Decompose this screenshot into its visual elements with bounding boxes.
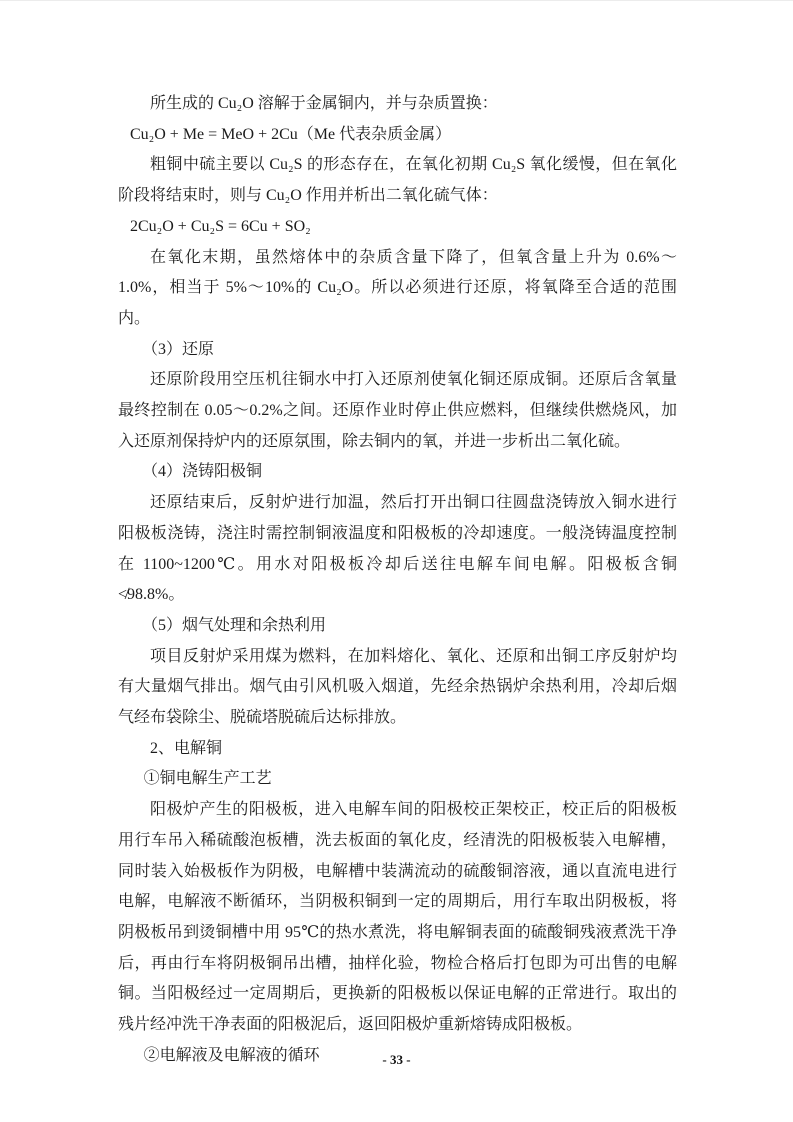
heading-reduction: （3）还原 [118,335,677,366]
paragraph-anode-casting: 还原结束后，反射炉进行加温，然后打开出铜口往圆盘浇铸放入铜水进行阳极板浇铸，浇注… [118,488,677,611]
page-footer: - 33 - [0,1051,793,1069]
formula-2cu2o-cu2s-reaction: 2Cu₂O + Cu₂S = 6Cu + SO₂ [118,212,677,243]
formula-cu2o-me-reaction: Cu₂O + Me = MeO + 2Cu（Me 代表杂质金属） [118,120,677,151]
heading-flue-gas-treatment: （5）烟气处理和余热利用 [118,611,677,642]
heading-anode-casting: （4）浇铸阳极铜 [118,457,677,488]
paragraph-reduction-process: 还原阶段用空压机往铜水中打入还原剂使氧化铜还原成铜。还原后含氧量最终控制在 0.… [118,365,677,457]
paragraph-electrolysis-process: 阳极炉产生的阳极板，进入电解车间的阳极校正架校正，校正后的阳极板用行车吊入稀硫酸… [118,795,677,1041]
page-number: - 33 - [382,1052,410,1067]
heading-electrolytic-copper: 2、电解铜 [118,734,677,765]
paragraph-oxidation-end: 在氧化末期，虽然熔体中的杂质含量下降了，但氧含量上升为 0.6%～1.0%，相当… [118,243,677,335]
paragraph-cu2o-dissolve: 所生成的 Cu₂O 溶解于金属铜内，并与杂质置换： [118,89,677,120]
heading-copper-electrolysis-process: ①铜电解生产工艺 [118,764,677,795]
page-content: 所生成的 Cu₂O 溶解于金属铜内，并与杂质置换： Cu₂O + Me = Me… [118,89,677,1072]
document-page: 所生成的 Cu₂O 溶解于金属铜内，并与杂质置换： Cu₂O + Me = Me… [0,0,793,1122]
paragraph-cu2s-oxidation: 粗铜中硫主要以 Cu₂S 的形态存在，在氧化初期 Cu₂S 氧化缓慢，但在氧化阶… [118,150,677,211]
paragraph-flue-gas-treatment: 项目反射炉采用煤为燃料，在加料熔化、氧化、还原和出铜工序反射炉均有大量烟气排出。… [118,642,677,734]
